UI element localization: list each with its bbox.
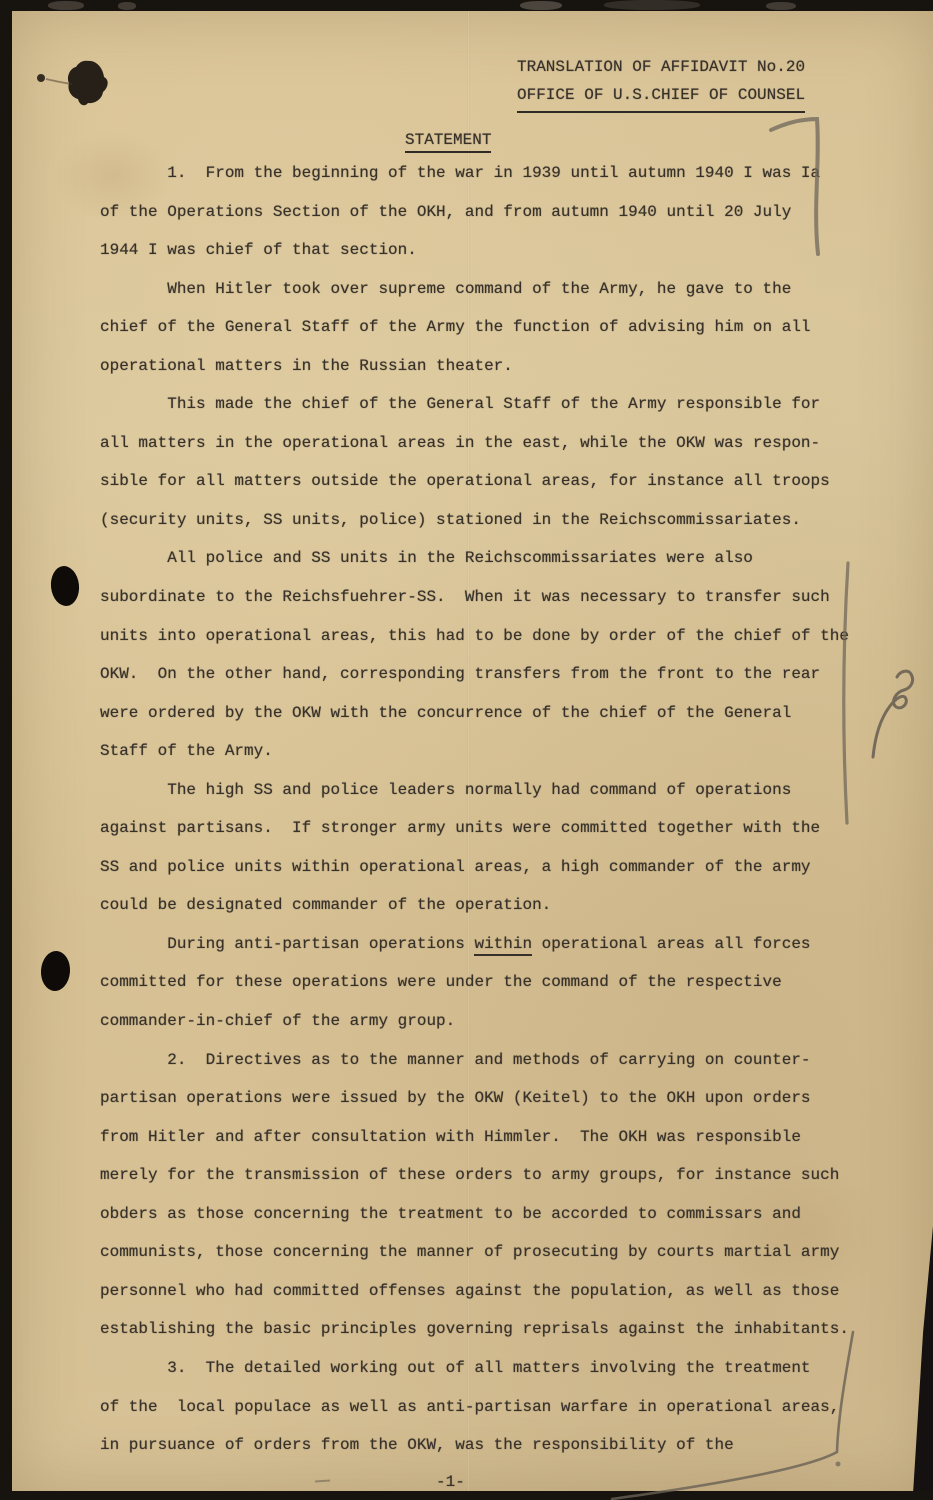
text-line: 2. Directives as to the manner and metho… [100,1051,849,1090]
scan-edge-top [0,0,933,11]
text-line: were ordered by the OKW with the concurr… [100,704,849,743]
text-line: units into operational areas, this had t… [100,627,849,666]
scan-edge-bottom [0,1491,933,1500]
page-number: -1- [436,1473,465,1491]
document-body: 1. From the beginning of the war in 1939… [100,164,849,1475]
text-line: OKW. On the other hand, corresponding tr… [100,665,849,704]
text-line: of the local populace as well as anti-pa… [100,1398,849,1437]
header-line-2: OFFICE OF U.S.CHIEF OF COUNSEL [517,81,805,113]
text-line: partisan operations were issued by the O… [100,1089,849,1128]
text-line: committed for these operations were unde… [100,973,849,1012]
text-line: SS and police units within operational a… [100,858,849,897]
text-line: from Hitler and after consultation with … [100,1128,849,1167]
text-line: 1. From the beginning of the war in 1939… [100,164,849,203]
scan-edge-artifact [604,0,700,10]
scan-edge-artifact [48,1,84,10]
text-line: communists, those concerning the manner … [100,1243,849,1282]
text-line: The high SS and police leaders normally … [100,781,849,820]
text-line: commander-in-chief of the army group. [100,1012,849,1051]
scanned-affidavit-page: TRANSLATION OF AFFIDAVIT No.20OFFICE OF … [0,0,933,1500]
scan-edge-artifact [766,2,796,10]
text-line: of the Operations Section of the OKH, an… [100,203,849,242]
scan-edge-left [0,0,12,1500]
text-line: chief of the General Staff of the Army t… [100,318,849,357]
text-line: subordinate to the Reichsfuehrer-SS. Whe… [100,588,849,627]
pencil-dash-mark [315,1479,330,1482]
text-line: merely for the transmission of these ord… [100,1166,849,1205]
scan-edge-artifact [520,1,562,10]
text-line: operational matters in the Russian theat… [100,357,849,396]
text-line: All police and SS units in the Reichscom… [100,549,849,588]
text-line: 1944 I was chief of that section. [100,241,849,280]
text-line: During anti-partisan operations within o… [100,935,849,974]
text-line: establishing the basic principles govern… [100,1320,849,1359]
text-line: obders as those concerning the treatment… [100,1205,849,1244]
scan-edge-artifact [118,2,136,10]
paper-sheet: TRANSLATION OF AFFIDAVIT No.20OFFICE OF … [12,11,933,1491]
text-line: personnel who had committed offenses aga… [100,1282,849,1321]
text-line: 3. The detailed working out of all matte… [100,1359,849,1398]
header-line-1: TRANSLATION OF AFFIDAVIT No.20 [517,53,805,81]
document-title: STATEMENT [405,131,491,153]
text-line: against partisans. If stronger army unit… [100,819,849,858]
text-line: When Hitler took over supreme command of… [100,280,849,319]
text-line: all matters in the operational areas in … [100,434,849,473]
text-line: sible for all matters outside the operat… [100,472,849,511]
text-line: (security units, SS units, police) stati… [100,511,849,550]
text-line: Staff of the Army. [100,742,849,781]
document-header: TRANSLATION OF AFFIDAVIT No.20OFFICE OF … [517,53,805,113]
text-line: in pursuance of orders from the OKW, was… [100,1436,849,1475]
text-line: This made the chief of the General Staff… [100,395,849,434]
text-line: could be designated commander of the ope… [100,896,849,935]
